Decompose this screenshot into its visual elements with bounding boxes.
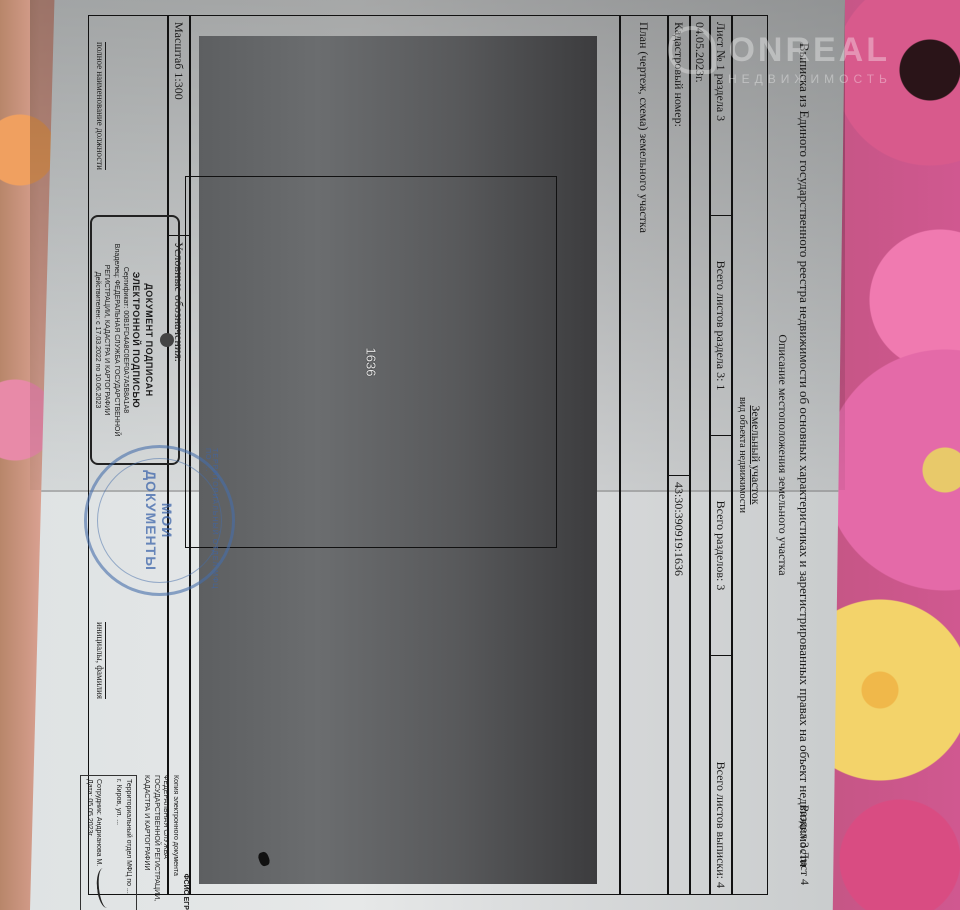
cert-text2: ФЕДЕРАЛЬНАЯ СЛУЖБА ГОСУДАРСТВЕННОЙ РЕГИС… [141, 775, 170, 910]
watermark-tagline: НЕДВИЖИМОСТЬ [728, 72, 892, 86]
esig-valid: Действителен: с 17.03.2022 по 10.06.2023 [93, 225, 102, 455]
cert-text1: Копия электронного документа [170, 775, 180, 910]
esig-certificate: Сертификат: 00B1FD4A8C0EF0A7A5B8A1A8 [121, 225, 130, 455]
handwritten-signature [95, 867, 115, 908]
cert-text4: г. Киров, ул. ... [113, 779, 123, 910]
esig-line2: ЭЛЕКТРОННОЙ ПОДПИСЬЮ [130, 225, 142, 455]
scale: Масштаб 1:300 [169, 16, 189, 236]
copy-certification: ФСИС ЕГРН Копия электронного документа Ф… [80, 775, 190, 910]
object-type-row: Земельный участок вид объекта недвижимос… [732, 15, 768, 895]
parcel-number: 1636 [364, 348, 379, 377]
total-extract-sheets: Всего листов выписки: 4 [711, 656, 731, 894]
plan-drawing: 1636 [199, 36, 597, 884]
cert-employee: Сотрудник: Андрианова М. [95, 779, 102, 866]
stamp-line2: ДОКУМЕНТЫ [144, 470, 160, 571]
document-title: Выписка из Единого государственного реес… [796, 15, 812, 895]
coat-of-arms-icon [160, 333, 174, 347]
plan-caption: План (чертеж, схема) земельного участка [621, 16, 667, 239]
onreal-logo-icon [668, 26, 716, 74]
position-caption: полное наименование должности [93, 36, 107, 176]
cert-header: ФСИС ЕГРН [180, 775, 190, 910]
parcel-boundary: 1636 [185, 176, 557, 548]
cert-text3: Территориальный отдел МФЦ по ... [123, 779, 133, 910]
esig-owner-1: Владелец: ФЕДЕРАЛЬНАЯ СЛУЖБА ГОСУДАРСТВЕ… [111, 225, 120, 455]
land-plan: 1636 [190, 15, 620, 895]
stamp-ring-text: ТЕРРИТОРИАЛЬНЫЙ ОТДЕЛ МФЦ ПО ... [204, 448, 218, 593]
object-type-value: Земельный участок [748, 405, 763, 504]
date-row: 04.05.2023г. [690, 15, 710, 895]
onreal-watermark: ONREAL НЕДВИЖИМОСТЬ [668, 26, 890, 74]
total-section-sheets: Всего листов раздела 3: 1 [711, 216, 731, 436]
esig-owner-2: РЕГИСТРАЦИИ, КАДАСТРА И КАРТОГРАФИИ [102, 225, 111, 455]
ink-spot [257, 851, 271, 868]
document-subtitle: Описание местоположения земельного участ… [775, 15, 790, 895]
esig-line1: ДОКУМЕНТ ПОДПИСАН [142, 225, 154, 455]
cadastral-number: 43:30:390919:1636 [669, 476, 689, 894]
sheets-row: Лист № 1 раздела 3 Всего листов раздела … [710, 15, 732, 895]
egrn-extract-page: Выписка из Единого государственного реес… [60, 15, 820, 895]
cert-date: Дата: 05.05.2023г. [84, 779, 94, 910]
initials-caption: инициалы, фамилия [93, 616, 107, 705]
cadastral-row: Кадастровый номер: 43:30:390919:1636 [668, 15, 690, 895]
mfc-stamp: ТЕРРИТОРИАЛЬНЫЙ ОТДЕЛ МФЦ ПО ... МОИ ДОК… [84, 445, 235, 596]
plan-caption-row: План (чертеж, схема) земельного участка [620, 15, 668, 895]
section-header: Раздел 3 Лист 4 [797, 805, 812, 885]
cert-box: Территориальный отдел МФЦ по ... г. Киро… [80, 775, 137, 910]
total-sections: Всего разделов: 3 [711, 436, 731, 656]
watermark-brand: ONREAL [728, 31, 890, 70]
stamp-line1: МОИ [160, 503, 176, 539]
cadastral-label: Кадастровый номер: [669, 16, 689, 476]
object-type-caption: вид объекта недвижимости [737, 397, 748, 513]
electronic-signature-box: ДОКУМЕНТ ПОДПИСАН ЭЛЕКТРОННОЙ ПОДПИСЬЮ С… [90, 215, 180, 465]
